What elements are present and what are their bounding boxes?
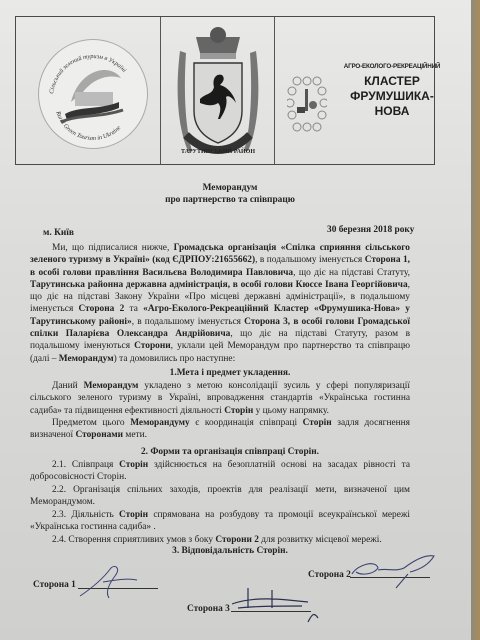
- signature-label-party-2: Сторона 2: [308, 569, 351, 581]
- signature-party-3-icon: [228, 584, 328, 624]
- clause-2-1: 2.1. Співпраця Сторін здійснюється на бе…: [30, 459, 410, 484]
- logo-tarutyne-district: ТАРУТИНСЬКИЙ РАЙОН: [161, 17, 275, 164]
- signature-label-party-1: Сторона 1: [33, 579, 76, 591]
- logo-rural-green-tourism: Сільський зелений туризм в Україні Rural…: [16, 17, 161, 164]
- document-subtitle: про партнерство та співпрацю: [0, 194, 460, 206]
- letterhead: Сільський зелений туризм в Україні Rural…: [15, 16, 435, 165]
- document-page: Сільський зелений туризм в Україні Rural…: [0, 0, 471, 640]
- document-title: Меморандум: [0, 182, 460, 194]
- preamble-paragraph: Ми, що підписалися нижче, Громадська орг…: [30, 242, 410, 365]
- honeycomb-icon: [287, 75, 327, 135]
- page-edge: [471, 0, 480, 640]
- cluster-name: АГРО-ЕКОЛОГО-РЕКРЕАЦІЙНИЙ КЛАСТЕР ФРУМУШ…: [342, 63, 442, 119]
- logo-agro-cluster: АГРО-ЕКОЛОГО-РЕКРЕАЦІЙНИЙ КЛАСТЕР ФРУМУШ…: [275, 17, 434, 164]
- clause-2-2: 2.2. Організація спільних заходів, проек…: [30, 484, 410, 509]
- section-1-paragraph-2: Предметом цього Меморандуму є координаці…: [30, 417, 410, 442]
- city: м. Київ: [43, 227, 74, 239]
- svg-text:ТАРУТИНСЬКИЙ РАЙОН: ТАРУТИНСЬКИЙ РАЙОН: [181, 147, 255, 155]
- signature-label-party-3: Сторона 3: [187, 603, 230, 615]
- district-coat-of-arms-icon: ТАРУТИНСЬКИЙ РАЙОН: [176, 23, 260, 163]
- signature-party-1-icon: [75, 562, 145, 602]
- clause-2-3: 2.3. Діяльність Сторін спрямована на роз…: [30, 509, 410, 534]
- section-2-heading: 2. Форми та організація співпраці Сторін…: [0, 446, 460, 458]
- rural-tourism-emblem-icon: Сільський зелений туризм в Україні Rural…: [38, 39, 148, 149]
- date: 30 березня 2018 року: [327, 224, 414, 236]
- signature-party-2-icon: [348, 550, 438, 590]
- section-1-paragraph-1: Даний Меморандум укладено з метою консол…: [30, 380, 410, 417]
- section-1-heading: 1.Мета і предмет укладення.: [0, 367, 460, 379]
